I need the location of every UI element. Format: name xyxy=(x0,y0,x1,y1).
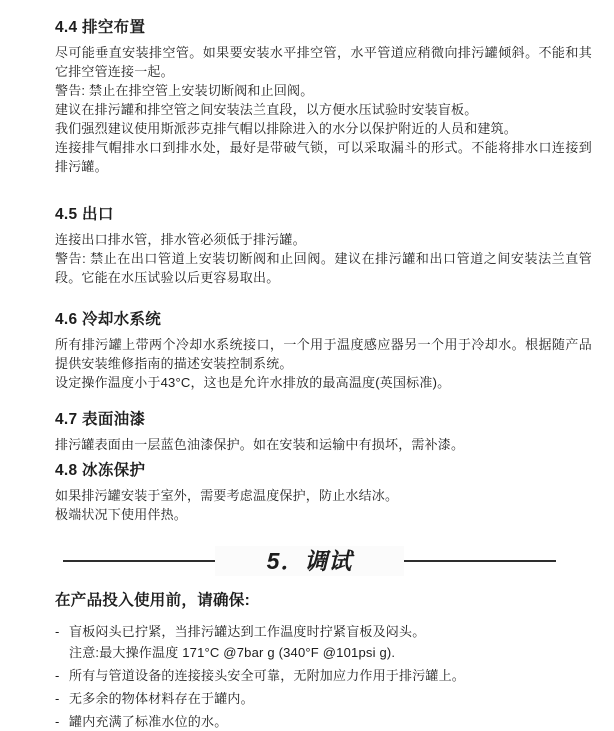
section-title: 4.8 冰冻保护 xyxy=(55,461,592,481)
checklist-item-text: 盲板闷头已拧紧，当排污罐达到工作温度时拧紧盲板及闷头。 xyxy=(69,624,425,639)
chapter-heading-row: 5．调试 xyxy=(63,546,556,576)
bullet-marker: - xyxy=(55,689,69,709)
checklist-intro: 在产品投入使用前，请确保: xyxy=(55,591,592,611)
checklist-item: - 盲板闷头已拧紧，当排污罐达到工作温度时拧紧盲板及闷头。 注意:最大操作温度 … xyxy=(55,622,592,663)
checklist-item: - 所有与管道设备的连接接头安全可靠，无附加应力作用于排污罐上。 xyxy=(55,666,592,686)
section-title: 4.4 排空布置 xyxy=(55,18,592,38)
chapter-heading: 5．调试 xyxy=(215,546,405,576)
paragraph: 警告: 禁止在排空管上安装切断阀和止回阀。 xyxy=(55,81,592,100)
section-title: 4.6 冷却水系统 xyxy=(55,310,592,330)
section-title: 4.7 表面油漆 xyxy=(55,410,592,430)
chapter-rule-right xyxy=(404,560,556,562)
paragraph: 极端状况下使用伴热。 xyxy=(55,505,592,524)
checklist: - 盲板闷头已拧紧，当排污罐达到工作温度时拧紧盲板及闷头。 注意:最大操作温度 … xyxy=(55,622,592,731)
paragraph: 尽可能垂直安装排空管。如果要安装水平排空管，水平管道应稍微向排污罐倾斜。不能和其… xyxy=(55,43,592,81)
note-line: 注意:最大操作温度 171°C @7bar g (340°F @101psi g… xyxy=(69,643,592,663)
section-4-4: 4.4 排空布置 尽可能垂直安装排空管。如果要安装水平排空管，水平管道应稍微向排… xyxy=(55,18,592,176)
paragraph: 所有排污罐上带两个冷却水系统接口，一个用于温度感应器另一个用于冷却水。根据随产品… xyxy=(55,335,592,373)
section-4-7: 4.7 表面油漆 排污罐表面由一层蓝色油漆保护。如在安装和运输中有损坏，需补漆。 xyxy=(55,410,592,454)
section-title: 4.5 出口 xyxy=(55,205,592,225)
paragraph: 设定操作温度小于43°C，这也是允许水排放的最高温度(英国标准)。 xyxy=(55,373,592,392)
section-4-5: 4.5 出口 连接出口排水管，排水管必须低于排污罐。 警告: 禁止在出口管道上安… xyxy=(55,205,592,287)
bullet-marker: - xyxy=(55,666,69,686)
manual-page: 4.4 排空布置 尽可能垂直安装排空管。如果要安装水平排空管，水平管道应稍微向排… xyxy=(0,0,614,731)
paragraph: 警告: 禁止在出口管道上安装切断阀和止回阀。建议在排污罐和出口管道之间安装法兰直… xyxy=(55,249,592,287)
checklist-item: - 无多余的物体材料存在于罐内。 xyxy=(55,689,592,709)
paragraph: 连接排气帽排水口到排水处，最好是带破气锁，可以采取漏斗的形式。不能将排水口连接到… xyxy=(55,138,592,176)
checklist-item-text: 所有与管道设备的连接接头安全可靠，无附加应力作用于排污罐上。 xyxy=(69,666,592,686)
bullet-marker: - xyxy=(55,622,69,642)
section-4-8: 4.8 冰冻保护 如果排污罐安装于室外，需要考虑温度保护，防止水结冰。 极端状况… xyxy=(55,461,592,524)
paragraph: 如果排污罐安装于室外，需要考虑温度保护，防止水结冰。 xyxy=(55,486,592,505)
paragraph: 建议在排污罐和排空管之间安装法兰直段，以方便水压试验时安装盲板。 xyxy=(55,100,592,119)
checklist-item-text: 无多余的物体材料存在于罐内。 xyxy=(69,689,592,709)
checklist-item-text: 罐内充满了标准水位的水。 xyxy=(69,712,592,731)
checklist-item: - 罐内充满了标准水位的水。 xyxy=(55,712,592,731)
bullet-marker: - xyxy=(55,712,69,731)
section-4-6: 4.6 冷却水系统 所有排污罐上带两个冷却水系统接口，一个用于温度感应器另一个用… xyxy=(55,310,592,392)
paragraph: 我们强烈建议使用斯派莎克排气帽以排除进入的水分以保护附近的人员和建筑。 xyxy=(55,119,592,138)
paragraph: 排污罐表面由一层蓝色油漆保护。如在安装和运输中有损坏，需补漆。 xyxy=(55,435,592,454)
checklist-item-body: 盲板闷头已拧紧，当排污罐达到工作温度时拧紧盲板及闷头。 注意:最大操作温度 17… xyxy=(69,622,592,663)
paragraph: 连接出口排水管，排水管必须低于排污罐。 xyxy=(55,230,592,249)
chapter-rule-left xyxy=(63,560,215,562)
